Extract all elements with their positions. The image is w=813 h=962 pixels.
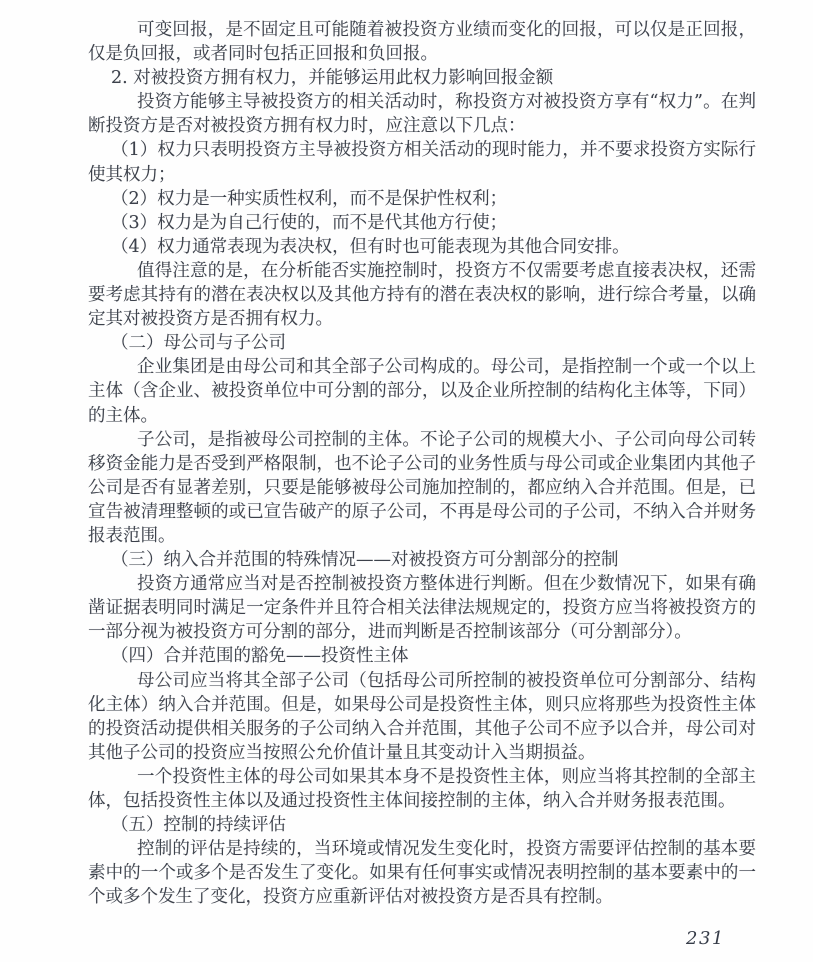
page-number: 231 (686, 928, 725, 949)
body-paragraph-divisible-part: 投资方通常应当对是否控制被投资方整体进行判断。但在少数情况下，如果有确凿证据表明… (88, 572, 756, 644)
numbered-heading-power: 2. 对被投资方拥有权力，并能够运用此权力影响回报金额 (88, 66, 756, 90)
body-paragraph-power-intro: 投资方能够主导被投资方的相关活动时，称投资方对被投资方享有“权力”。在判断投资方… (88, 90, 756, 138)
body-paragraph-continuous-assessment: 控制的评估是持续的，当环境或情况发生变化时，投资方需要评估控制的基本要素中的一个… (88, 837, 756, 909)
body-paragraph-investment-entity-parent: 一个投资性主体的母公司如果其本身不是投资性主体，则应当将其控制的全部主体，包括投… (88, 765, 756, 813)
body-paragraph-subsidiary-definition: 子公司，是指被母公司控制的主体。不论子公司的规模大小、子公司向母公司转移资金能力… (88, 428, 756, 548)
body-paragraph-enterprise-group: 企业集团是由母公司和其全部子公司构成的。母公司，是指控制一个或一个以上主体（含企… (88, 355, 756, 427)
list-item-4: （4）权力通常表现为表决权，但有时也可能表现为其他合同安排。 (88, 235, 756, 259)
body-paragraph-investment-entity: 母公司应当将其全部子公司（包括母公司所控制的被投资单位可分割部分、结构化主体）纳… (88, 669, 756, 765)
section-heading-special-inclusion: （三）纳入合并范围的特殊情况——对被投资方可分割部分的控制 (88, 548, 756, 572)
list-item-2: （2）权力是一种实质性权利，而不是保护性权利； (88, 187, 756, 211)
list-item-1: （1）权力只表明投资方主导被投资方相关活动的现时能力，并不要求投资方实际行使其权… (88, 138, 756, 186)
section-heading-parent-subsidiary: （二）母公司与子公司 (88, 331, 756, 355)
book-page: 可变回报，是不固定且可能随着被投资方业绩而变化的回报，可以仅是正回报，仅是负回报… (0, 0, 813, 962)
body-paragraph-variable-returns: 可变回报，是不固定且可能随着被投资方业绩而变化的回报，可以仅是正回报，仅是负回报… (88, 18, 756, 66)
section-heading-continuous-assessment: （五）控制的持续评估 (88, 813, 756, 837)
list-item-3: （3）权力是为自己行使的，而不是代其他方行使； (88, 211, 756, 235)
page-body: 可变回报，是不固定且可能随着被投资方业绩而变化的回报，可以仅是正回报，仅是负回报… (88, 18, 756, 909)
body-paragraph-voting-rights: 值得注意的是，在分析能否实施控制时，投资方不仅需要考虑直接表决权，还需要考虑其持… (88, 259, 756, 331)
section-heading-exemption: （四）合并范围的豁免——投资性主体 (88, 644, 756, 668)
